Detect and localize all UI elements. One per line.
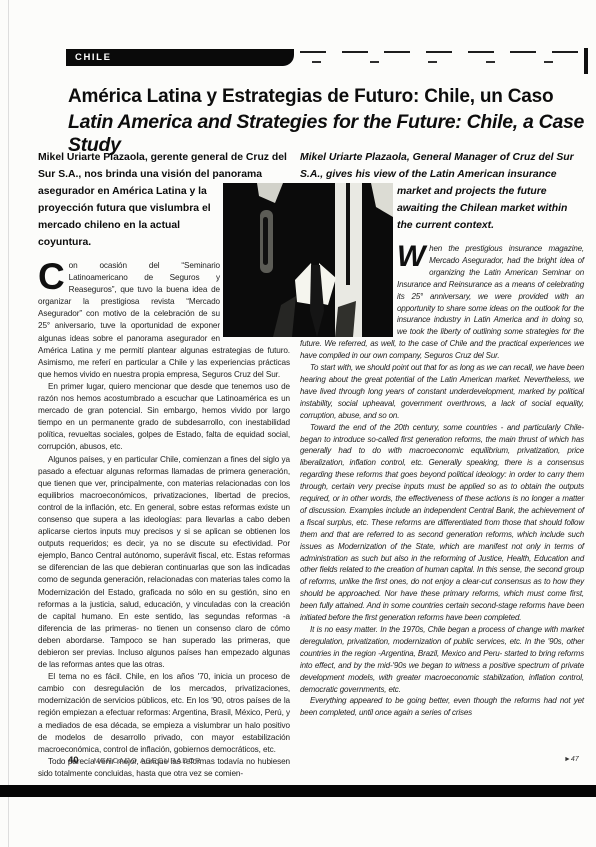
section-tab: CHILE: [66, 49, 294, 66]
body-paragraph: Toward the end of the 20th century, some…: [300, 422, 584, 624]
body-paragraphs-spanish: En primer lugar, quiero mencionar que de…: [38, 381, 290, 780]
photo-wrap-spacer: [290, 149, 291, 183]
scan-edge-line: [8, 0, 9, 847]
page-edge-mark: [584, 48, 588, 74]
drop-cap: W: [397, 245, 425, 269]
magazine-name: MERCADO ASEGURADOR: [94, 756, 202, 765]
section-label: CHILE: [66, 53, 112, 63]
header-dashed-rule-secondary: [312, 61, 582, 63]
body-paragraph: Algunos países, y en particular Chile, c…: [38, 454, 290, 672]
body-paragraph: To start with, we should point out that …: [300, 362, 584, 422]
bottom-rule-bar: [0, 785, 596, 797]
header-dashed-rule: [300, 51, 586, 53]
magazine-page-scan: { "header": { "section_label": "CHILE", …: [0, 0, 596, 847]
drop-cap: C: [38, 262, 65, 291]
page-number: 40: [68, 755, 79, 766]
body-paragraph: It is no easy matter. In the 1970s, Chil…: [300, 624, 584, 695]
body-paragraph: Everything appeared to be going better, …: [300, 695, 584, 719]
body-paragraphs-english: To start with, we should point out that …: [300, 362, 584, 719]
article-column-english: Mikel Uriarte Plazaola, General Manager …: [300, 149, 584, 719]
photo-wrap-spacer: [300, 183, 397, 335]
body-paragraph: En primer lugar, quiero mencionar que de…: [38, 381, 290, 454]
page-footer: 40 MERCADO ASEGURADOR: [68, 755, 201, 766]
continued-on-page-marker: ►47: [564, 756, 579, 763]
body-paragraph: El tema no es fácil. Chile, en los años …: [38, 671, 290, 756]
page-title-spanish: América Latina y Estrategias de Futuro: …: [68, 86, 580, 108]
